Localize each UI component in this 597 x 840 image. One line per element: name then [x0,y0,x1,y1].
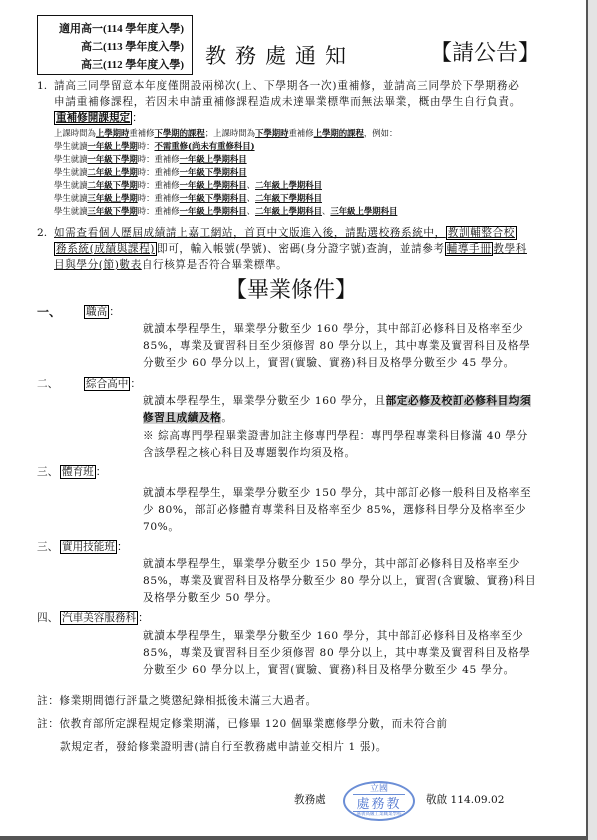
rule-row-when: 二年級下學期 [88,180,138,190]
viewer-right-edge [586,0,597,840]
rule-row-sep: 、 [247,193,255,203]
section-2-note-2: 含該學程之核心科目及專題製作均須及格。 [143,446,356,460]
item-2-text: 自行核算是否符合畢業標準。 [142,259,288,271]
rule-row: 學生就讀一年級下學期時：重補修一年級上學期科目 [54,153,247,165]
section-5-heading: 汽車美容服務科： [60,611,149,625]
colon: ： [117,541,128,553]
stamp-bottom-text: 嘉義高級工業職業學校 [345,811,413,817]
section-4-heading: 實用技能班： [60,540,128,554]
note-2: 註：依教育部所定課程規定修業期滿，已修畢 120 個畢業應修學分數，而未符合前 [37,717,448,731]
rule-row: 學生就讀三年級上學期時：重補修一年級下學期科目、二年級下學期科目 [54,192,322,204]
section-4-number: 三、 [37,540,58,554]
credit-table-link[interactable]: 目與學分(節)數表 [54,259,142,271]
stamp-main-text: 處務教 [345,793,413,812]
section-4-label: 實用技能班 [60,540,117,554]
rule-row-mid: 時：重補修 [138,193,180,203]
viewer-bottom-edge [0,836,588,840]
office-seal-stamp: 立國 處務教 嘉義高級工業職業學校 [343,781,415,821]
section-2-line-1: 就讀本學程學生，畢業學分數至少 160 學分，且部定必修及校訂必修科目均須 [143,394,531,408]
section-1-line: 分數至少 60 學分以上，實習(實驗、實務)科目及格學分數至少 45 學分。 [143,356,515,370]
section-2-note-1: ※ 綜高專門學程畢業證書加註主修專門學程：專門學程專業科目修滿 40 學分 [143,429,528,443]
rule-row-when: 二年級上學期 [88,167,138,177]
section-2-label: 綜合高中 [84,377,130,391]
rule-intro-term: 下學期時 [255,128,289,138]
applicable-grade-1: 適用高一(114 學年度入學) [59,20,184,36]
rule-row-mid: 時：重補修 [138,154,180,164]
rule-row-prefix: 學生就讀 [54,180,88,190]
section-2-highlight: 修習且成績及格 [143,412,221,424]
section-3-label: 體育班 [60,465,96,479]
rule-row-prefix: 學生就讀 [54,141,88,151]
colon: ： [138,612,149,624]
school-system-link[interactable]: 務系統(成績與課程) [54,242,157,256]
section-2-line-2: 修習且成績及格。 [143,411,233,425]
item-2-number: 2. [37,226,47,240]
rule-row-when: 一年級下學期 [88,154,138,164]
item-1-line-1: 請高三同學留意本年度僅開設兩梯次(上、下學期各一次)重補修，並請高三同學於下學期… [54,79,520,93]
item-2-text: 即可，輸入帳號(學號)、密碼(身分證字號)查詢，並請參考 [157,243,445,255]
school-system-link[interactable]: 教訓輔整合校 [446,226,517,240]
rule-row-what: 二年級下學期科目 [255,193,322,203]
section-5-number: 四、 [37,611,58,625]
section-2-highlight: 部定必修及校訂必修科目均須 [386,395,532,407]
section-1-line: 就讀本學程學生，畢業學分數至少 160 學分，其中部訂必修科目及格率至少 [143,322,524,336]
applicable-grade-3: 高三(112 學年度入學) [81,56,184,72]
rule-row-mid: 時：重補修 [138,167,180,177]
rule-row-prefix: 學生就讀 [54,154,88,164]
section-1-heading: 職高： [84,305,120,319]
rules-colon: ： [132,112,143,124]
section-5-line: 分數至少 60 學分以上，實習(實驗、實務)科目及格學分數至少 45 學分。 [143,663,515,677]
rule-row-mid: 時： [138,141,155,151]
section-2-text: 。 [221,412,232,424]
rule-row-what: 一年級上學期科目 [180,180,247,190]
note-1: 註：修業期間德行評量之獎懲紀錄相抵後未滿三大過者。 [37,694,317,708]
section-4-line: 及格學分數至少 50 學分。 [143,591,278,605]
announce-label: 【請公告】 [430,36,540,67]
section-1-number: 一、 [37,305,61,319]
section-3-line: 70%。 [143,520,180,534]
rule-row: 學生就讀三年級下學期時：重補修一年級上學期科目、二年級上學期科目、三年級上學期科… [54,205,397,217]
rule-intro-text: 重補修 [289,128,314,138]
office-label: 教務處 [294,793,326,807]
rule-row: 學生就讀二年級上學期時：重補修一年級下學期科目 [54,166,247,178]
graduation-title: 【畢業條件】 [225,273,357,304]
rule-row-what: 一年級上學期科目 [180,154,247,164]
document-page: 適用高一(114 學年度入學) 高二(113 學年度入學) 高三(112 學年度… [0,0,586,838]
rule-row-what: 一年級下學期科目 [180,193,247,203]
rule-row-what: 三年級上學期科目 [330,206,397,216]
rule-row-mid: 時：重補修 [138,206,180,216]
rule-intro-text: 上課時間為 [54,128,96,138]
colon: ： [96,466,107,478]
section-3-heading: 體育班： [60,465,106,479]
section-3-line: 少 80%，部訂必修體育專業科目及格率至少 85%，選修科目學分及格率至少 [143,503,526,517]
item-2-line-1: 如需查看個人歷屆成績請上嘉工網站，首頁中文版進入後，請點選校務系統中，教訓輔整合… [54,226,517,240]
applicable-grades-box: 適用高一(114 學年度入學) 高二(113 學年度入學) 高三(112 學年度… [37,15,193,75]
rule-row-prefix: 學生就讀 [54,206,88,216]
colon: ： [130,378,141,390]
section-5-label: 汽車美容服務科 [60,611,138,625]
colon: ： [109,306,120,318]
section-2-number: 二、 [37,377,58,391]
section-2-heading: 綜合高中： [84,377,141,391]
section-5-line: 就讀本學程學生，畢業學分數至少 160 學分，其中部訂必修科目及格率至少 [143,629,524,643]
rule-intro-term: 上學期的課程 [314,128,364,138]
rule-row-prefix: 學生就讀 [54,167,88,177]
rule-row-sep: 、 [247,206,255,216]
section-3-line: 就讀本學程學生，畢業學分數至少 150 學分，其中部訂必修一般科目及格率至 [143,486,531,500]
item-1-line-2: 申請重補修課程，若因未申請重補修課程造成未達畢業標準而無法畢業，概由學生自行負責… [54,95,521,109]
rule-intro-term: 下學期的課程 [155,128,205,138]
rule-row-what: 一年級下學期科目 [180,167,247,177]
rule-intro: 上課時間為上學期時重補修下學期的課程；上課時間為下學期時重補修上學期的課程，例如… [54,127,397,139]
section-4-line: 85%，專業及實習科目及格學分數至少 80 學分以上，實習(含實驗、實務)科目 [143,574,536,588]
rule-row-what: 二年級上學期科目 [255,180,322,190]
item-2-line-3: 目與學分(節)數表自行核算是否符合畢業標準。 [54,258,287,272]
applicable-grade-2: 高二(113 學年度入學) [81,38,184,54]
rule-row-when: 三年級上學期 [88,193,138,203]
section-3-number: 三、 [37,465,58,479]
item-2-text: 如需查看個人歷屆成績請上嘉工網站，首頁中文版進入後，請點選校務系統中， [54,227,446,239]
rule-row-what: 一年級上學期科目 [180,206,247,216]
signature-date: 敬啟 114.09.02 [426,793,504,807]
item-2-line-2: 務系統(成績與課程)即可，輸入帳號(學號)、密碼(身分證字號)查詢，並請參考輔導… [54,242,527,256]
section-4-line: 就讀本學程學生，畢業學分數至少 150 學分，其中部訂必修科目及格率至少 [143,557,520,571]
rule-row-prefix: 學生就讀 [54,193,88,203]
section-2-text: 就讀本學程學生，畢業學分數至少 160 學分，且 [143,395,386,407]
rule-row-sep: 、 [247,180,255,190]
rules-label: 重補修開課規定 [54,111,132,125]
item-1-number: 1. [37,79,47,93]
rule-row: 學生就讀一年級上學期時：不需重修(尚未有重修科目) [54,140,255,152]
rule-intro-term: 上學期時 [96,128,130,138]
rule-row: 學生就讀二年級下學期時：重補修一年級上學期科目、二年級上學期科目 [54,179,322,191]
rule-row-mid: 時：重補修 [138,180,180,190]
rule-intro-text: ，例如： [364,128,398,138]
page-title: 教務處通知 [205,40,355,70]
note-2-continued: 款規定者，發給修業證明書(請自行至教務處申請並交相片 1 張)。 [60,740,387,754]
rule-row-what: 不需重修(尚未有重修科目) [155,141,255,151]
section-1-label: 職高 [84,305,109,319]
rule-intro-text: 重補修 [129,128,154,138]
guidance-handbook-link[interactable]: 輔導手冊 [445,242,494,256]
section-1-line: 85%，專業及實習科目至少須修習 80 學分以上，其中專業及實習科目及格學 [143,339,530,353]
rule-row-when: 一年級上學期 [88,141,138,151]
credit-table-link[interactable]: 教學科 [493,243,527,255]
section-5-line: 85%，專業及實習科目至少須修習 80 學分以上，其中專業及實習科目及格學 [143,646,530,660]
rules-heading: 重補修開課規定： [54,111,143,125]
rule-row-what: 二年級上學期科目 [255,206,322,216]
rule-intro-text: ；上課時間為 [205,128,255,138]
rule-row-when: 三年級下學期 [88,206,138,216]
